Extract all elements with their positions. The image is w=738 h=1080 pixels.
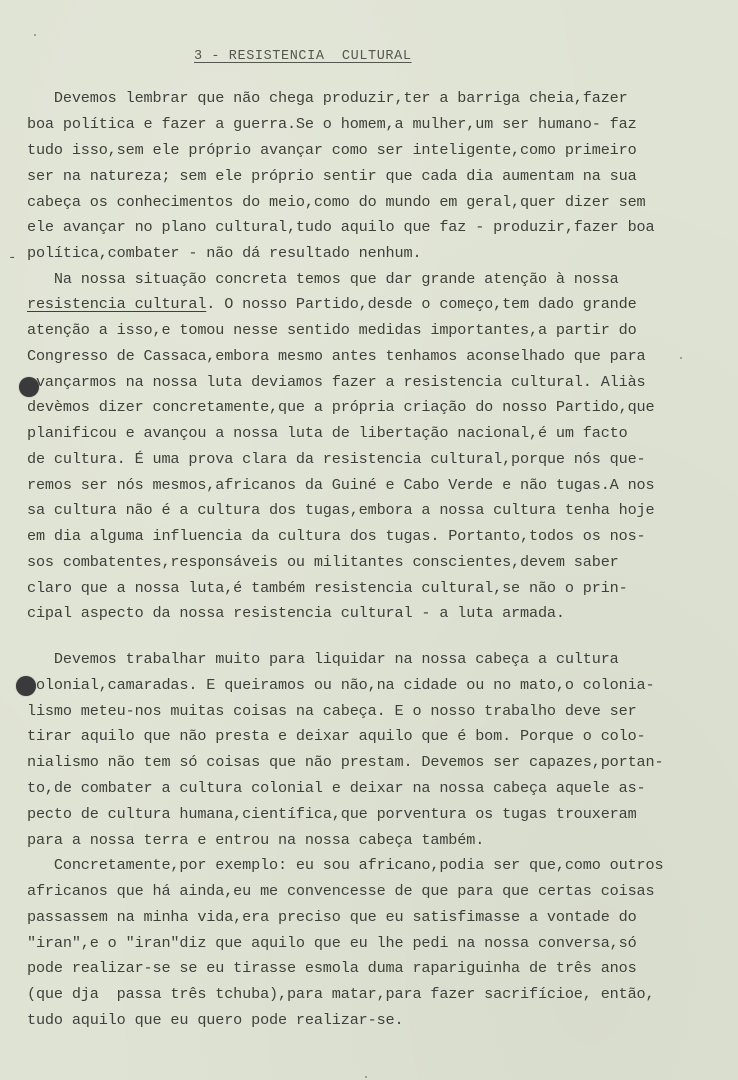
text-line: resistencia cultural. O nosso Partido,de… xyxy=(27,295,637,313)
underlined-phrase: resistencia cultural xyxy=(27,295,206,313)
text-line: boa política e fazer a guerra.Se o homem… xyxy=(27,115,637,133)
text-line: pecto de cultura humana,científica,que p… xyxy=(27,805,637,823)
text-line: cabeça os conhecimentos do meio,como do … xyxy=(27,193,646,211)
text-line: colonial,camaradas. E queiramos ou não,n… xyxy=(27,676,654,694)
text-line: Devemos trabalhar muito para liquidar na… xyxy=(27,650,619,668)
text-line: cipal aspecto da nossa resistencia cultu… xyxy=(27,604,565,622)
text-line: remos ser nós mesmos,africanos da Guiné … xyxy=(27,476,654,494)
text-line: lismo meteu-nos muitas coisas na cabeça.… xyxy=(27,702,637,720)
text-line: para a nossa terra e entrou na nossa cab… xyxy=(27,831,484,849)
text-line: Na nossa situação concreta temos que dar… xyxy=(27,270,619,288)
paper-speck xyxy=(34,34,36,36)
text-line: tudo aquilo que eu quero pode realizar-s… xyxy=(27,1011,404,1029)
text-line: "iran",e o "iran"diz que aquilo que eu l… xyxy=(27,934,637,952)
text-line: passassem na minha vida,era preciso que … xyxy=(27,908,637,926)
text-line: de cultura. É uma prova clara da resiste… xyxy=(27,450,646,468)
text-line: tirar aquilo que não presta e deixar aqu… xyxy=(27,727,646,745)
punch-hole-top xyxy=(19,377,39,397)
section-title: 3 - RESISTENCIA CULTURAL xyxy=(194,49,412,64)
margin-dash-mark: - xyxy=(8,250,16,266)
text-line: (que dja passa três tchuba),para matar,p… xyxy=(27,985,654,1003)
text-line: to,de combater a cultura colonial e deix… xyxy=(27,779,646,797)
text-line: tudo isso,sem ele próprio avançar como s… xyxy=(27,141,637,159)
text-line: ser na natureza; sem ele próprio sentir … xyxy=(27,167,637,185)
text-line: atenção a isso,e tomou nesse sentido med… xyxy=(27,321,637,339)
paper-speck xyxy=(680,357,682,359)
text-line: Congresso de Cassaca,embora mesmo antes … xyxy=(27,347,646,365)
text-line: claro que a nossa luta,é também resisten… xyxy=(27,579,628,597)
paper-speck xyxy=(365,1076,367,1078)
text-line: africanos que há ainda,eu me convencesse… xyxy=(27,882,654,900)
text-line: nialismo não tem só coisas que não prest… xyxy=(27,753,663,771)
text-line: política,combater - não dá resultado nen… xyxy=(27,244,421,262)
document-page: 3 - RESISTENCIA CULTURAL - Devemos lembr… xyxy=(0,0,738,1080)
text-line: Devemos lembrar que não chega produzir,t… xyxy=(27,89,628,107)
text-line: sa cultura não é a cultura dos tugas,emb… xyxy=(27,501,654,519)
text-line: planificou e avançou a nossa luta de lib… xyxy=(27,424,628,442)
punch-hole-bottom xyxy=(16,676,36,696)
text-line: em dia alguma influencia da cultura dos … xyxy=(27,527,646,545)
text-line: pode realizar-se se eu tirasse esmola du… xyxy=(27,959,637,977)
text-line: ele avançar no plano cultural,tudo aquil… xyxy=(27,218,654,236)
text-line: devèmos dizer concretamente,que a própri… xyxy=(27,398,654,416)
text-line: Concretamente,por exemplo: eu sou africa… xyxy=(27,856,663,874)
text-line: avançarmos na nossa luta deviamos fazer … xyxy=(27,373,646,391)
text-line: sos combatentes,responsáveis ou militant… xyxy=(27,553,619,571)
